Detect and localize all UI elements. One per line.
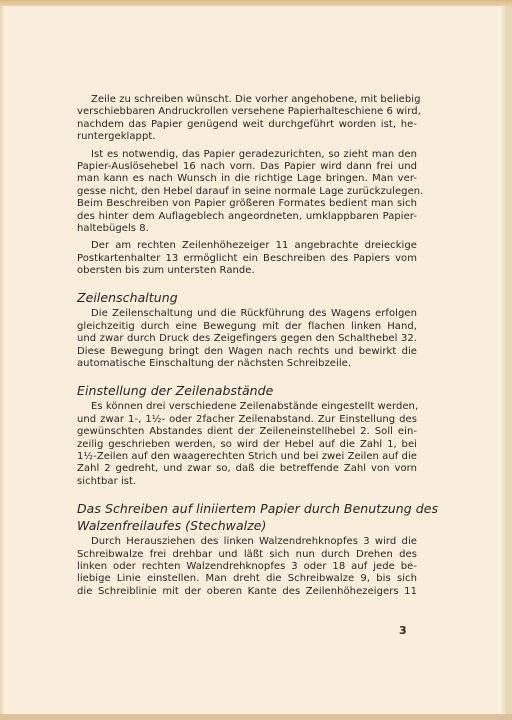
text-line: gewünschten Abstandes dient der Zeilenei…: [77, 426, 417, 438]
paragraph: Durch Herausziehen des linken Walzendreh…: [77, 536, 417, 598]
text-line: zeilig geschrieben werden, so wird der H…: [77, 439, 417, 451]
text-line: Zahl 2 gedreht, und zwar so, daß die bet…: [77, 463, 417, 475]
text-line: Durch Herausziehen des linken Walzendreh…: [77, 536, 417, 548]
text-line: und zwar 1-, 1½- oder 2facher Zeilenabst…: [77, 414, 417, 426]
text-line: Zeile zu schreiben wünscht. Die vorher a…: [77, 94, 417, 106]
text-line: gleichzeitig durch eine Bewegung mit der…: [77, 321, 417, 333]
heading-line: Walzenfreilaufes (Stechwalze): [77, 517, 417, 534]
paragraph: Zeile zu schreiben wünscht. Die vorher a…: [77, 94, 417, 144]
text-line: die Schreiblinie mit der oberen Kante de…: [77, 586, 417, 598]
paragraph: Es können drei verschiedene Zeilenabstän…: [77, 401, 417, 488]
paragraph: Ist es notwendig, das Papier geradezuric…: [77, 149, 417, 236]
text-line: des hinter dem Auflageblech angeordneten…: [77, 211, 417, 223]
text-line: Diese Bewegung bringt den Wagen nach rec…: [77, 346, 417, 358]
document-page: Zeile zu schreiben wünscht. Die vorher a…: [2, 6, 505, 716]
text-line: Papier-Auslösehebel 16 nach vorn. Das Pa…: [77, 161, 417, 173]
section-heading: Das Schreiben auf liniiertem Papier durc…: [77, 500, 417, 534]
text-line: runtergeklappt.: [77, 131, 417, 143]
page-number: 3: [399, 624, 407, 637]
text-line: Die Zeilenschaltung und die Rückführung …: [77, 308, 417, 320]
text-line: verschiebbaren Andruckrollen versehene P…: [77, 106, 417, 118]
text-line: haltebügels 8.: [77, 223, 417, 235]
text-line: liebige Linie einstellen. Man dreht die …: [77, 573, 417, 585]
text-line: obersten bis zum untersten Rande.: [77, 265, 417, 277]
page-bottom-edge: [0, 714, 512, 720]
text-line: Der am rechten Zeilenhöhezeiger 11 angeb…: [77, 240, 417, 252]
page-body-text: Zeile zu schreiben wünscht. Die vorher a…: [77, 94, 417, 603]
text-line: man kann es nach Wunsch in die richtige …: [77, 173, 417, 185]
section-heading: Einstellung der Zeilenabstände: [77, 382, 417, 399]
text-line: automatische Einschaltung der nächsten S…: [77, 358, 417, 370]
section-heading: Zeilenschaltung: [77, 289, 417, 306]
text-line: Es können drei verschiedene Zeilenabstän…: [77, 401, 417, 413]
heading-line: Das Schreiben auf liniiertem Papier durc…: [77, 500, 417, 517]
text-line: nachdem das Papier genügend weit durchge…: [77, 119, 417, 131]
text-line: 1½-Zeilen auf den waagerechten Strich un…: [77, 451, 417, 463]
text-line: Schreibwalze frei drehbar und läßt sich …: [77, 549, 417, 561]
paragraph: Die Zeilenschaltung und die Rückführung …: [77, 308, 417, 370]
text-line: sichtbar ist.: [77, 476, 417, 488]
text-line: linken oder rechten Walzendrehknopfes 3 …: [77, 561, 417, 573]
paragraph: Der am rechten Zeilenhöhezeiger 11 angeb…: [77, 240, 417, 277]
text-line: gesse nicht, den Hebel darauf in seine n…: [77, 186, 417, 198]
heading-line: Zeilenschaltung: [77, 289, 417, 306]
text-line: Postkartenhalter 13 ermöglicht ein Besch…: [77, 253, 417, 265]
heading-line: Einstellung der Zeilenabstände: [77, 382, 417, 399]
text-line: Beim Beschreiben von Papier größeren For…: [77, 198, 417, 210]
text-line: und zwar durch Druck des Zeigefingers ge…: [77, 333, 417, 345]
text-line: Ist es notwendig, das Papier geradezuric…: [77, 149, 417, 161]
